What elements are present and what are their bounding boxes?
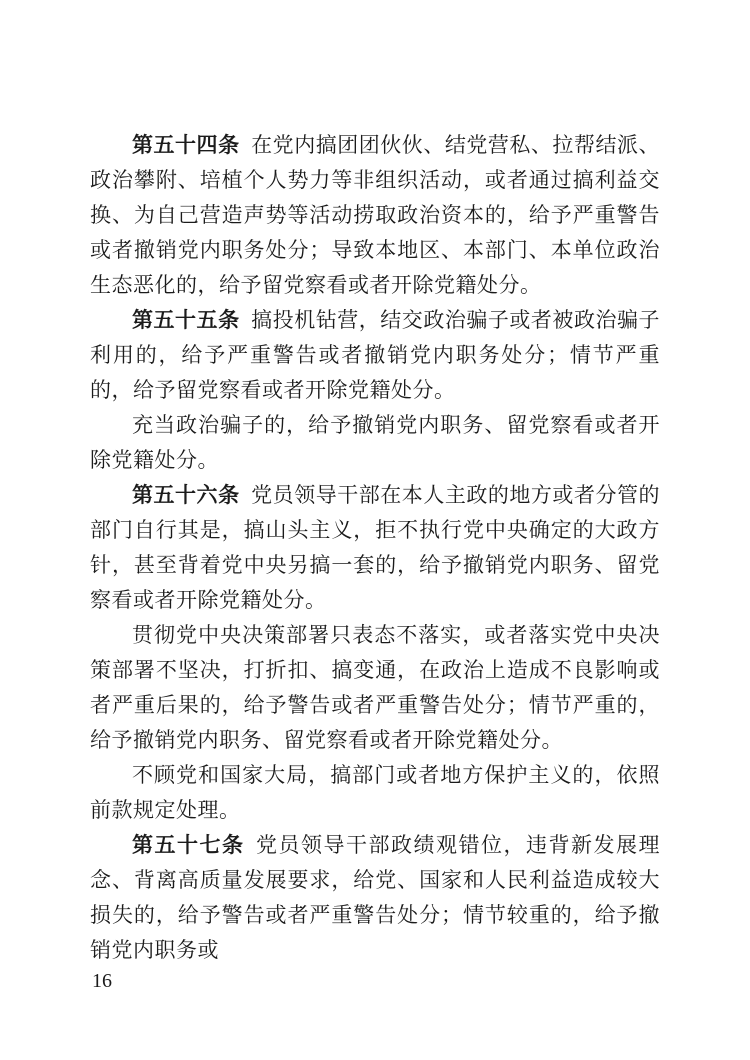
paragraph-article-56-clause-3: 不顾党和国家大局，搞部门或者地方保护主义的，依照前款规定处理。 [90, 758, 660, 828]
page-number: 16 [92, 968, 112, 994]
article-number: 第五十五条 [132, 308, 240, 332]
paragraph-text: 不顾党和国家大局，搞部门或者地方保护主义的，依照前款规定处理。 [90, 763, 660, 822]
paragraph-article-57: 第五十七条党员领导干部政绩观错位，违背新发展理念、背离高质量发展要求，给党、国家… [90, 828, 660, 968]
document-body: 第五十四条在党内搞团团伙伙、结党营私、拉帮结派、政治攀附、培植个人势力等非组织活… [90, 128, 660, 968]
paragraph-article-55-clause-2: 充当政治骗子的，给予撤销党内职务、留党察看或者开除党籍处分。 [90, 408, 660, 478]
paragraph-text: 在党内搞团团伙伙、结党营私、拉帮结派、政治攀附、培植个人势力等非组织活动，或者通… [90, 133, 660, 297]
article-number: 第五十四条 [132, 133, 240, 157]
paragraph-article-54: 第五十四条在党内搞团团伙伙、结党营私、拉帮结派、政治攀附、培植个人势力等非组织活… [90, 128, 660, 303]
paragraph-text: 贯彻党中央决策部署只表态不落实，或者落实党中央决策部署不坚决，打折扣、搞变通，在… [90, 623, 660, 752]
paragraph-article-56: 第五十六条党员领导干部在本人主政的地方或者分管的部门自行其是，搞山头主义，拒不执… [90, 478, 660, 618]
paragraph-text: 充当政治骗子的，给予撤销党内职务、留党察看或者开除党籍处分。 [90, 413, 660, 472]
article-number: 第五十七条 [132, 833, 245, 857]
paragraph-article-56-clause-2: 贯彻党中央决策部署只表态不落实，或者落实党中央决策部署不坚决，打折扣、搞变通，在… [90, 618, 660, 758]
paragraph-article-55: 第五十五条搞投机钻营，结交政治骗子或者被政治骗子利用的，给予严重警告或者撤销党内… [90, 303, 660, 408]
document-page: 第五十四条在党内搞团团伙伙、结党营私、拉帮结派、政治攀附、培植个人势力等非组织活… [0, 0, 750, 1060]
article-number: 第五十六条 [132, 483, 240, 507]
